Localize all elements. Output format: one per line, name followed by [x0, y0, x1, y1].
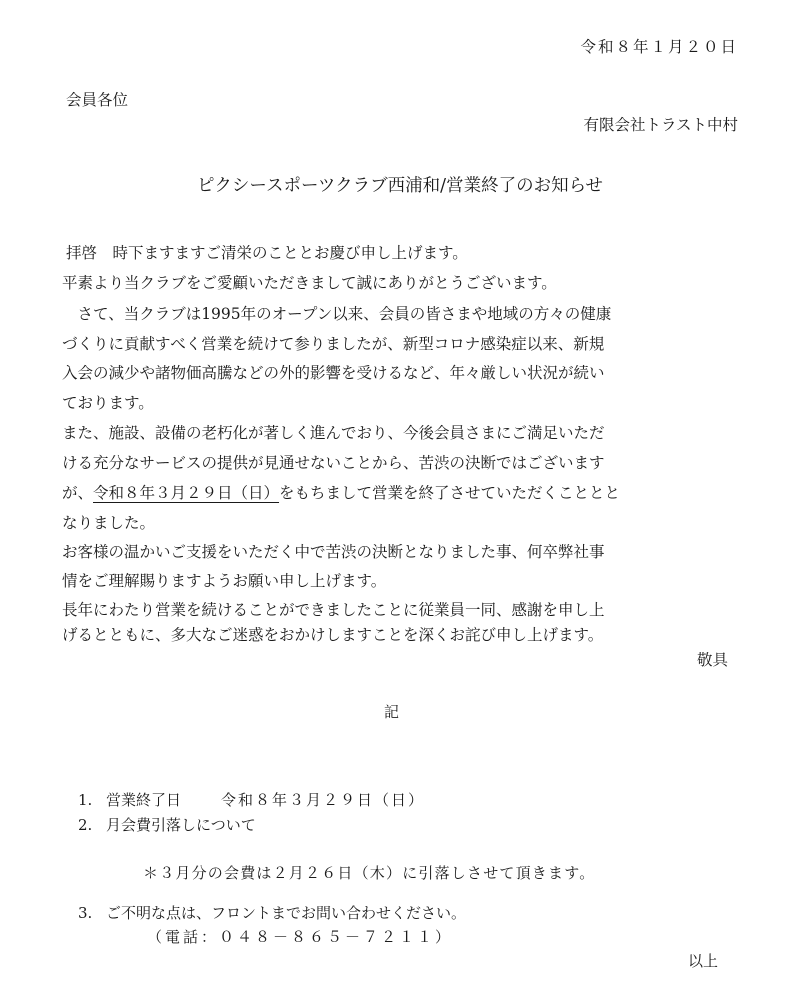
body-line: げるとともに、多大なご迷惑をおかけしますことを深くお詫び申し上げます。 — [62, 628, 603, 644]
addressee: 会員各位 — [66, 93, 128, 109]
closing-ijou: 以上 — [688, 954, 718, 969]
list-label: ご不明な点は、フロントまでお問い合わせください。 — [106, 904, 466, 922]
body-line: また、施設、設備の老朽化が著しく進んでおり、今後会員さまにご満足いただ — [62, 426, 605, 442]
notes-heading: 記 — [0, 705, 783, 720]
list-label: 営業終了日 — [106, 791, 181, 809]
list-number: 1. — [78, 793, 106, 808]
body-line: 拝啓 時下ますますご清栄のこととお慶び申し上げます。 — [66, 246, 468, 262]
body-line: 入会の減少や諸物価高騰などの外的影響を受けるなど、年々厳しい状況が続い — [62, 366, 605, 382]
body-line: 情をご理解賜りますようお願い申し上げます。 — [62, 574, 386, 590]
body-line: ける充分なサービスの提供が見通せないことから、苦渋の決断ではございます — [62, 456, 605, 472]
body-line: なりました。 — [62, 516, 155, 532]
closing-date-underlined: 令和８年３月２９日（日） — [93, 484, 279, 502]
list-number: 2. — [78, 818, 106, 833]
notes-item-3: 3.ご不明な点は、フロントまでお問い合わせください。 — [78, 906, 466, 921]
phone-number: （電話：０４８－８６５－７２１１） — [147, 930, 453, 945]
fee-note: ＊３月分の会費は２月２６日（木）に引落しさせて頂きます。 — [143, 866, 595, 881]
list-value: 令和８年３月２９日（日） — [221, 791, 425, 809]
body-line: 長年にわたり営業を続けることができましたことに従業員一同、感謝を申し上 — [62, 603, 605, 619]
body-line: づくりに貢献すべく営業を続けて参りましたが、新型コロナ感染症以来、新規 — [62, 337, 604, 353]
notes-item-1: 1.営業終了日令和８年３月２９日（日） — [78, 793, 425, 808]
list-number: 3. — [78, 906, 106, 921]
closing-date-suffix: をもちまして営業を終了させていただくこととと — [279, 484, 620, 502]
list-label: 月会費引落しについて — [106, 816, 256, 834]
notes-item-2: 2.月会費引落しについて — [78, 818, 256, 833]
closing-date-prefix: が、 — [62, 484, 93, 502]
closing-date-line: が、令和８年３月２９日（日）をもちまして営業を終了させていただくこととと — [62, 486, 620, 502]
closing-keigu: 敬具 — [697, 653, 728, 669]
body-line: 平素より当クラブをご愛顧いただきまして誠にありがとうございます。 — [62, 276, 557, 292]
body-line: ております。 — [62, 396, 154, 412]
document-date: 令和８年１月２０日 — [580, 40, 738, 56]
document-title: ピクシースポーツクラブ西浦和/営業終了のお知らせ — [0, 178, 800, 196]
body-line: さて、当クラブは1995年のオープン以来、会員の皆さまや地域の方々の健康 — [62, 307, 611, 323]
sender-company: 有限会社トラスト中村 — [583, 118, 738, 134]
body-line: お客様の温かいご支援をいただく中で苦渋の決断となりました事、何卒弊社事 — [62, 545, 605, 561]
